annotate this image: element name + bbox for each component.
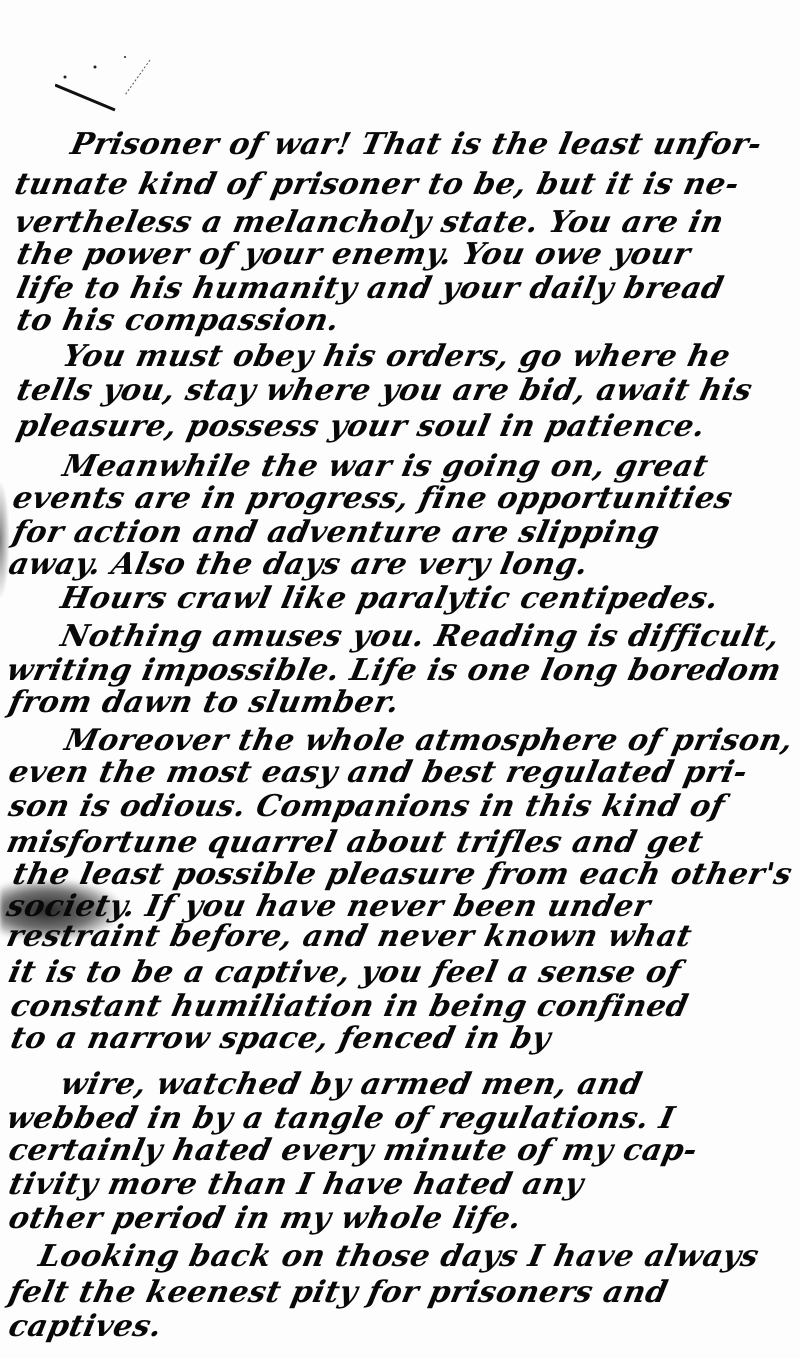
manuscript-line: pleasure, possess your soul in patience. (14, 412, 708, 442)
manuscript-line: events are in progress, fine opportuniti… (10, 484, 735, 514)
manuscript-line: Looking back on those days I have always (36, 1242, 761, 1272)
manuscript-line: wire, watched by armed men, and (58, 1070, 645, 1100)
manuscript-line: other period in my whole life. (6, 1204, 524, 1234)
manuscript-line: felt the keenest pity for prisoners and (6, 1278, 670, 1308)
manuscript-line: webbed in by a tangle of regulations. I (4, 1104, 677, 1134)
manuscript-line: even the most easy and best regulated pr… (6, 758, 750, 788)
manuscript-line: away. Also the days are very long. (6, 550, 591, 580)
manuscript-line: Meanwhile the war is going on, great (60, 452, 711, 482)
edge-shadow (0, 480, 10, 600)
manuscript-line: to his compassion. (14, 306, 342, 336)
manuscript-line: Prisoner of war! That is the least unfor… (68, 130, 764, 160)
manuscript-line: the least possible pleasure from each ot… (10, 860, 795, 890)
pencil-mark-icon (55, 55, 185, 115)
manuscript-line: captives. (6, 1312, 165, 1342)
manuscript-line: Moreover the whole atmosphere of prison, (62, 726, 796, 756)
manuscript-page: Prisoner of war! That is the least unfor… (0, 0, 800, 1358)
manuscript-line: You must obey his orders, go where he (60, 342, 733, 372)
manuscript-line: vertheless a melancholy state. You are i… (12, 208, 726, 238)
manuscript-line: to a narrow space, fenced in by (8, 1024, 553, 1054)
manuscript-line: it is to be a captive, you feel a sense … (6, 958, 683, 988)
manuscript-line: son is odious. Companions in this kind o… (6, 792, 728, 822)
manuscript-line: Nothing amuses you. Reading is difficult… (58, 622, 782, 652)
manuscript-line: writing impossible. Life is one long bor… (4, 656, 784, 686)
manuscript-line: society. If you have never been under (4, 892, 653, 922)
manuscript-line: tunate kind of prisoner to be, but it is… (12, 170, 742, 200)
manuscript-line: tivity more than I have hated any (6, 1170, 586, 1200)
manuscript-line: certainly hated every minute of my cap- (6, 1136, 700, 1166)
manuscript-line: from dawn to slumber. (6, 688, 402, 718)
manuscript-line: Hours crawl like paralytic centipedes. (58, 584, 721, 614)
manuscript-line: misfortune quarrel about trifles and get (4, 828, 706, 858)
manuscript-line: restraint before, and never known what (4, 922, 695, 952)
manuscript-line: constant humiliation in being confined (8, 992, 691, 1022)
manuscript-line: for action and adventure are slipping (10, 518, 662, 548)
manuscript-line: life to his humanity and your daily brea… (14, 274, 726, 304)
manuscript-line: tells you, stay where you are bid, await… (14, 376, 755, 406)
manuscript-line: the power of your enemy. You owe your (14, 240, 693, 270)
